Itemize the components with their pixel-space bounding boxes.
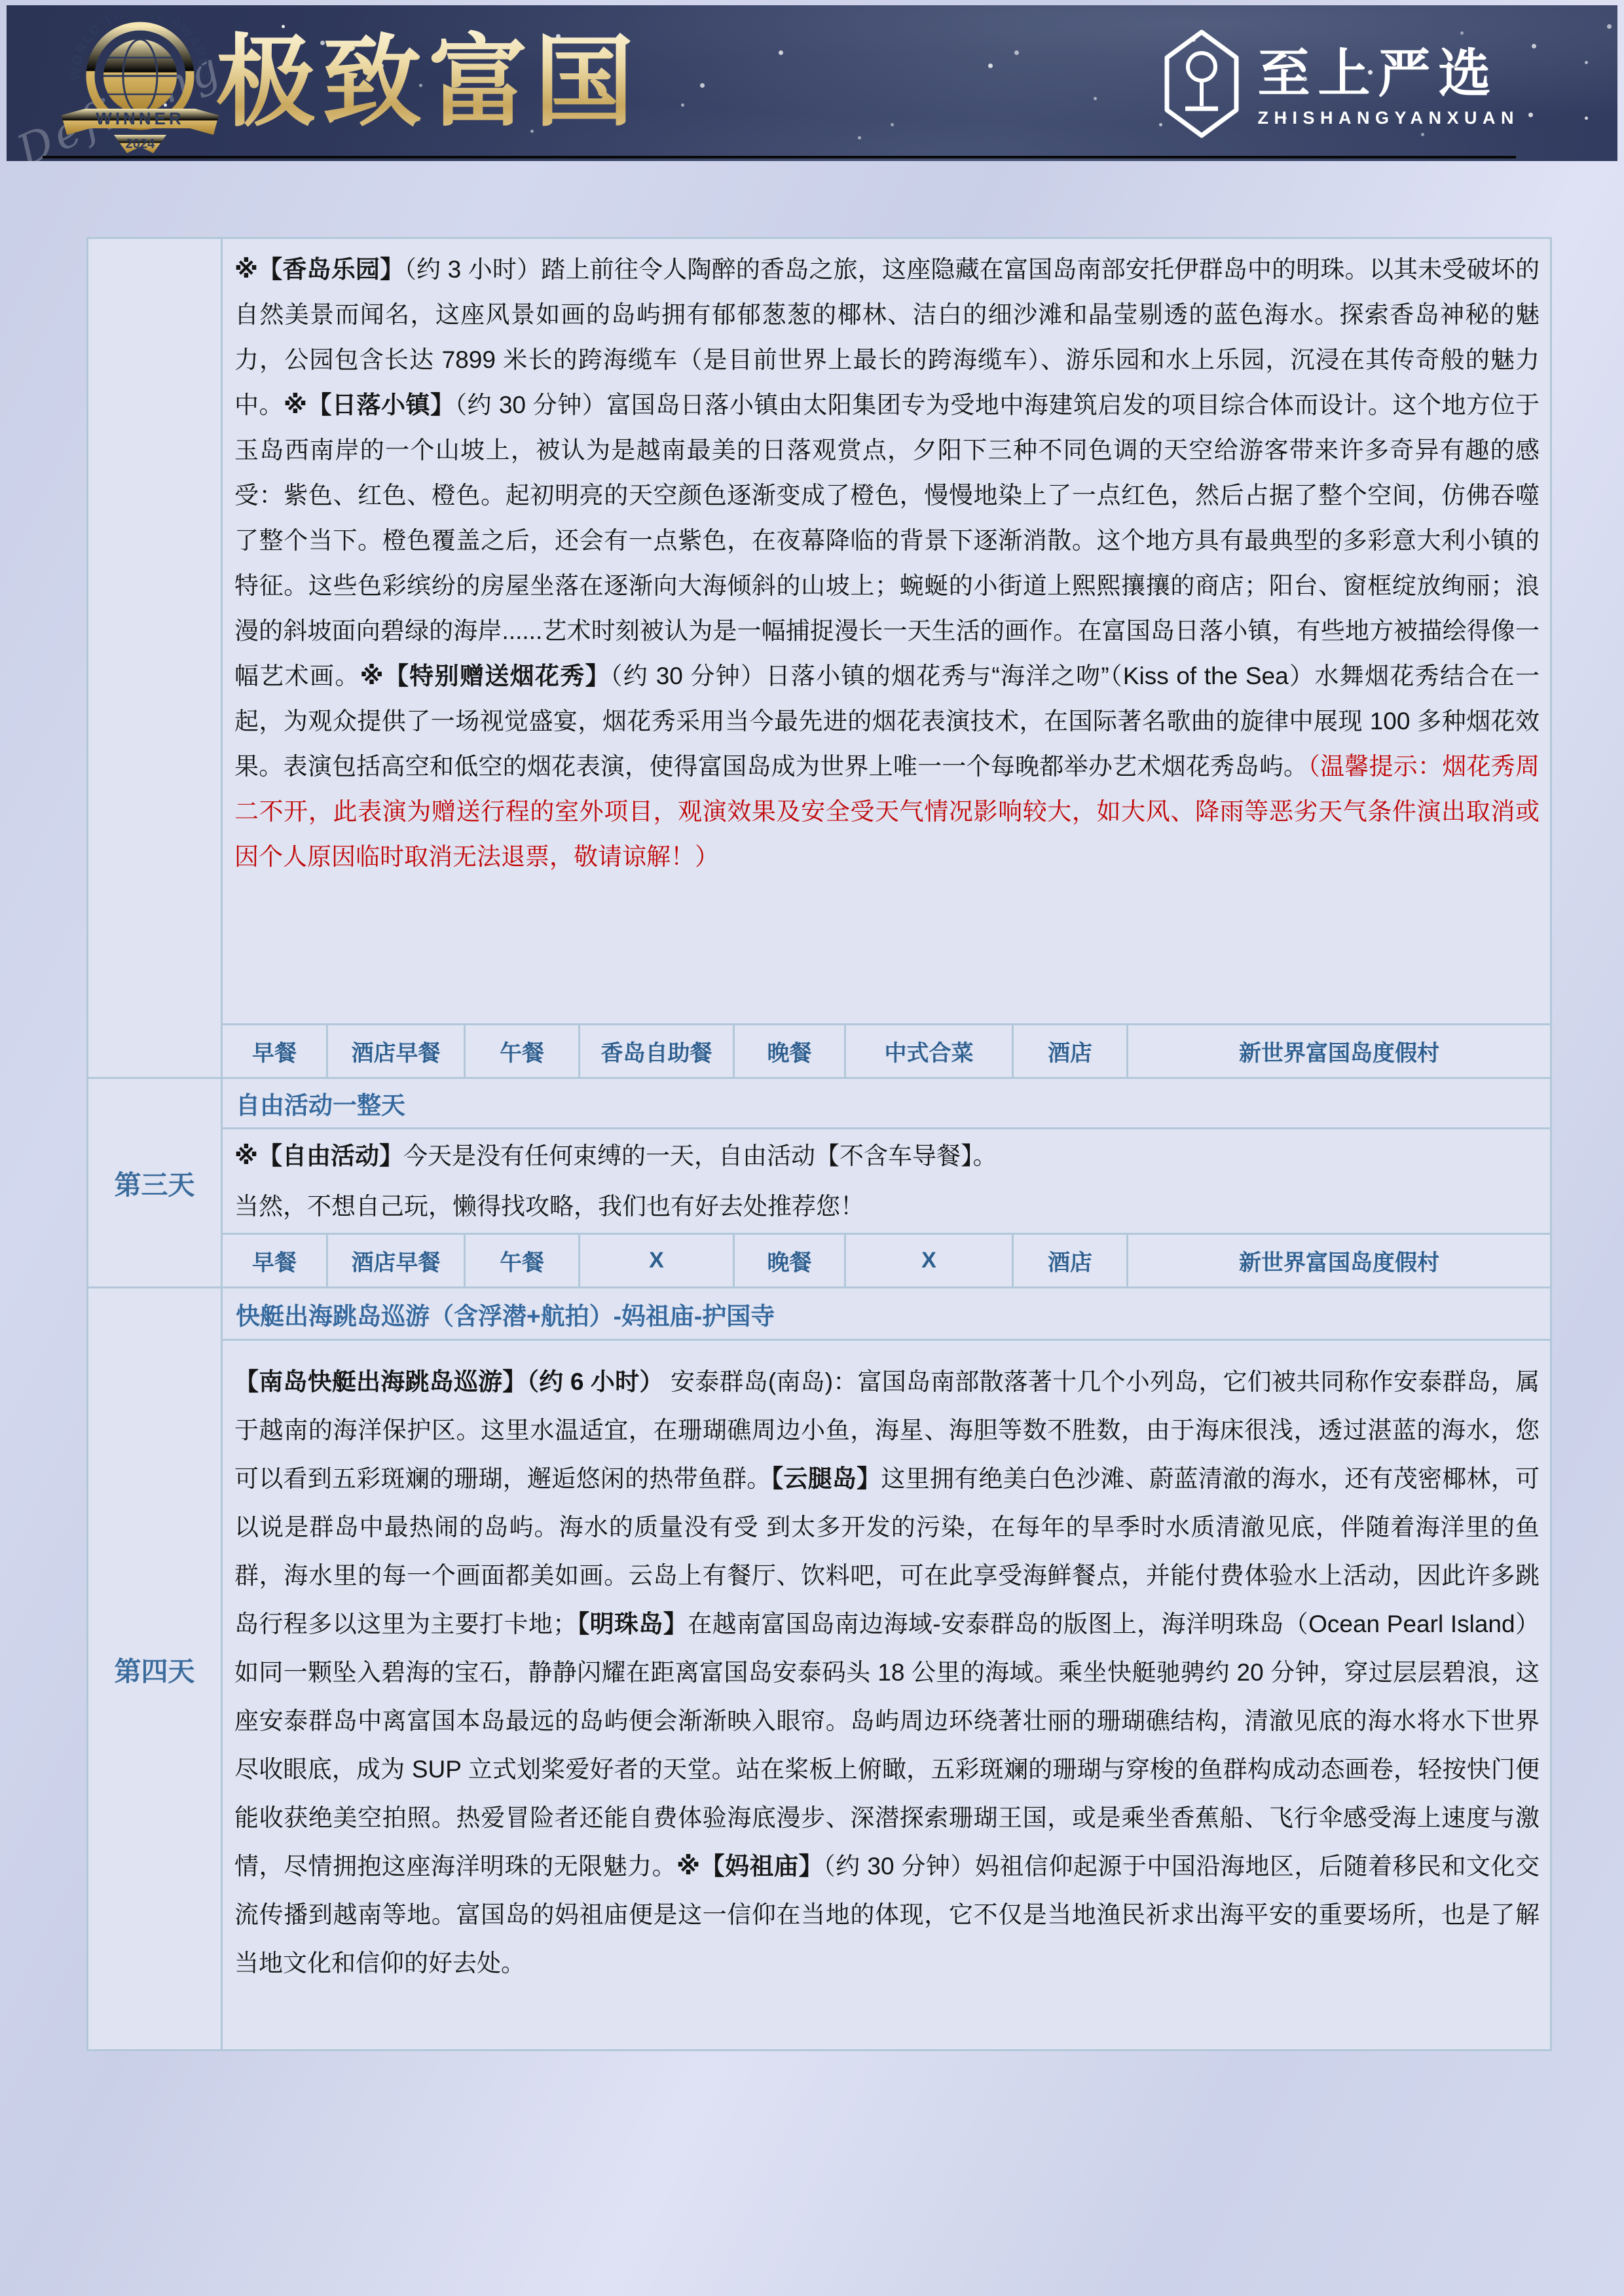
logo-name: 至上严选 bbox=[1257, 43, 1519, 105]
meals-row: 早餐 酒店早餐 午餐 香岛自助餐 晚餐 中式合菜 酒店 新世界富国岛度假村 bbox=[223, 1023, 1550, 1077]
meal-value-cell: 酒店早餐 bbox=[326, 1235, 464, 1286]
paragraph-lead: ※【特别赠送烟花秀】 bbox=[360, 663, 610, 689]
meal-type-cell: 晚餐 bbox=[733, 1235, 844, 1286]
paragraph-lead: ※【妈祖庙】 bbox=[676, 1853, 823, 1880]
meal-value-cell: X bbox=[844, 1235, 1012, 1286]
day2-block: ※【香岛乐园】（约 3 小时）踏上前往令人陶醉的香岛之旅，这座隐藏在富国岛南部安… bbox=[88, 239, 1550, 1077]
paragraph-text: 在越南富国岛南边海域-安泰群岛的版图上，海洋明珠岛（Ocean Pearl Is… bbox=[234, 1611, 1540, 1880]
paragraph: ※【日落小镇】（约 30 分钟）富国岛日落小镇由太阳集团专为受地中海建筑启发的项… bbox=[234, 392, 1540, 689]
svg-text:WINNER: WINNER bbox=[96, 109, 184, 128]
paragraph-text: 当然，不想自己玩，懒得找攻略，我们也有好去处推荐您！ bbox=[234, 1193, 864, 1220]
paragraph-lead: ※【自由活动】 bbox=[234, 1142, 403, 1169]
day-title: 快艇出海跳岛巡游（含浮潜+航拍）-妈祖庙-护国寺 bbox=[223, 1288, 1550, 1341]
paragraph-text: （约 30 分钟）富国岛日落小镇由太阳集团专为受地中海建筑启发的项目综合体而设计… bbox=[234, 392, 1540, 689]
paragraph-lead: 【云腿岛】 bbox=[771, 1465, 881, 1492]
day-label bbox=[88, 239, 223, 1077]
day3-content: ※【自由活动】今天是没有任何束缚的一天，自由活动【不含车导餐】。 当然，不想自己… bbox=[223, 1129, 1550, 1233]
day2-content: ※【香岛乐园】（约 3 小时）踏上前往令人陶醉的香岛之旅，这座隐藏在富国岛南部安… bbox=[223, 239, 1550, 1023]
day-title: 自由活动一整天 bbox=[223, 1079, 1550, 1129]
itinerary-table: ※【香岛乐园】（约 3 小时）踏上前往令人陶醉的香岛之旅，这座隐藏在富国岛南部安… bbox=[86, 237, 1552, 2051]
meal-type-cell: 早餐 bbox=[223, 1235, 326, 1286]
company-logo: 至上严选 ZHISHANGYANXUAN bbox=[1163, 29, 1519, 142]
hotel-value-cell: 新世界富国岛度假村 bbox=[1126, 1025, 1550, 1077]
day-label: 第四天 bbox=[88, 1288, 223, 2049]
paragraph-lead: 【明珠岛】 bbox=[577, 1611, 688, 1637]
meal-type-cell: 午餐 bbox=[464, 1025, 578, 1077]
paragraph: 【明珠岛】在越南富国岛南边海域-安泰群岛的版图上，海洋明珠岛（Ocean Pea… bbox=[234, 1611, 1540, 1880]
logo-latin: ZHISHANGYANXUAN bbox=[1257, 108, 1519, 128]
hotel-value-cell: 新世界富国岛度假村 bbox=[1126, 1235, 1550, 1286]
svg-text:2024: 2024 bbox=[126, 137, 155, 151]
paragraph-lead: ※【日落小镇】 bbox=[284, 392, 455, 418]
paragraph-lead: 【南岛快艇出海跳岛巡游】（约 6 小时） bbox=[234, 1368, 664, 1395]
meal-type-cell: 酒店 bbox=[1012, 1025, 1126, 1077]
paragraph-text: 今天是没有任何束缚的一天，自由活动【不含车导餐】。 bbox=[403, 1142, 997, 1169]
paragraph: ※【自由活动】今天是没有任何束缚的一天，自由活动【不含车导餐】。 bbox=[234, 1142, 997, 1169]
logo-hexagon-icon bbox=[1163, 29, 1240, 142]
meal-value-cell: 香岛自助餐 bbox=[578, 1025, 733, 1077]
header-divider-line bbox=[43, 156, 1516, 158]
meals-row: 早餐 酒店早餐 午餐 X 晚餐 X 酒店 新世界富国岛度假村 bbox=[223, 1233, 1550, 1286]
day-label: 第三天 bbox=[88, 1079, 223, 1286]
meal-type-cell: 晚餐 bbox=[733, 1025, 844, 1077]
meal-value-cell: 酒店早餐 bbox=[326, 1025, 464, 1077]
meal-type-cell: 午餐 bbox=[464, 1235, 578, 1286]
day3-block: 第三天 自由活动一整天 ※【自由活动】今天是没有任何束缚的一天，自由活动【不含车… bbox=[88, 1077, 1550, 1286]
page-header: Defining WORLD TRAVEL AWARDS WINNER 2024 bbox=[7, 5, 1617, 161]
day4-block: 第四天 快艇出海跳岛巡游（含浮潜+航拍）-妈祖庙-护国寺 【南岛快艇出海跳岛巡游… bbox=[88, 1286, 1550, 2049]
meal-type-cell: 早餐 bbox=[223, 1025, 326, 1077]
meal-value-cell: 中式合菜 bbox=[844, 1025, 1012, 1077]
paragraph: 当然，不想自己玩，懒得找攻略，我们也有好去处推荐您！ bbox=[234, 1193, 864, 1220]
world-travel-awards-badge-icon: WORLD TRAVEL AWARDS WINNER 2024 bbox=[54, 16, 227, 159]
brand-title: 极致富国 bbox=[216, 24, 640, 141]
paragraph-lead: ※【香岛乐园】 bbox=[234, 256, 404, 283]
day4-content: 【南岛快艇出海跳岛巡游】（约 6 小时） 安泰群岛(南岛)：富国岛南部散落著十几… bbox=[223, 1341, 1550, 2049]
meal-type-cell: 酒店 bbox=[1012, 1235, 1126, 1286]
meal-value-cell: X bbox=[578, 1235, 733, 1286]
